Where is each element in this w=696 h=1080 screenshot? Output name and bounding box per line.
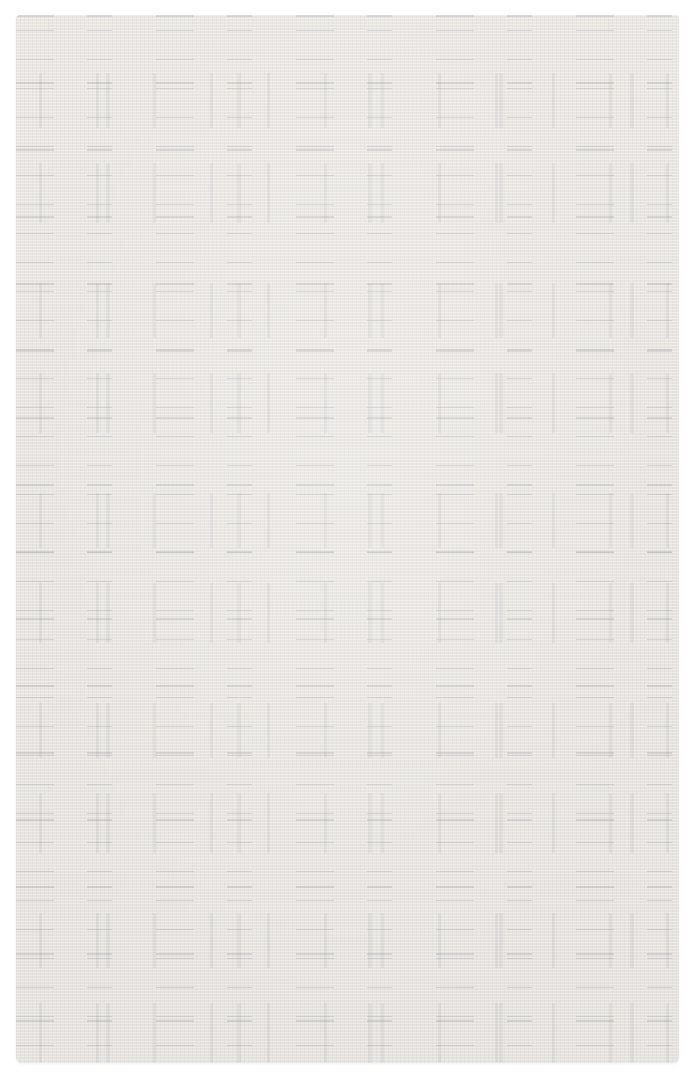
product-photo-stage	[0, 0, 696, 1080]
rug-lighting	[16, 15, 679, 1063]
area-rug	[16, 15, 679, 1063]
